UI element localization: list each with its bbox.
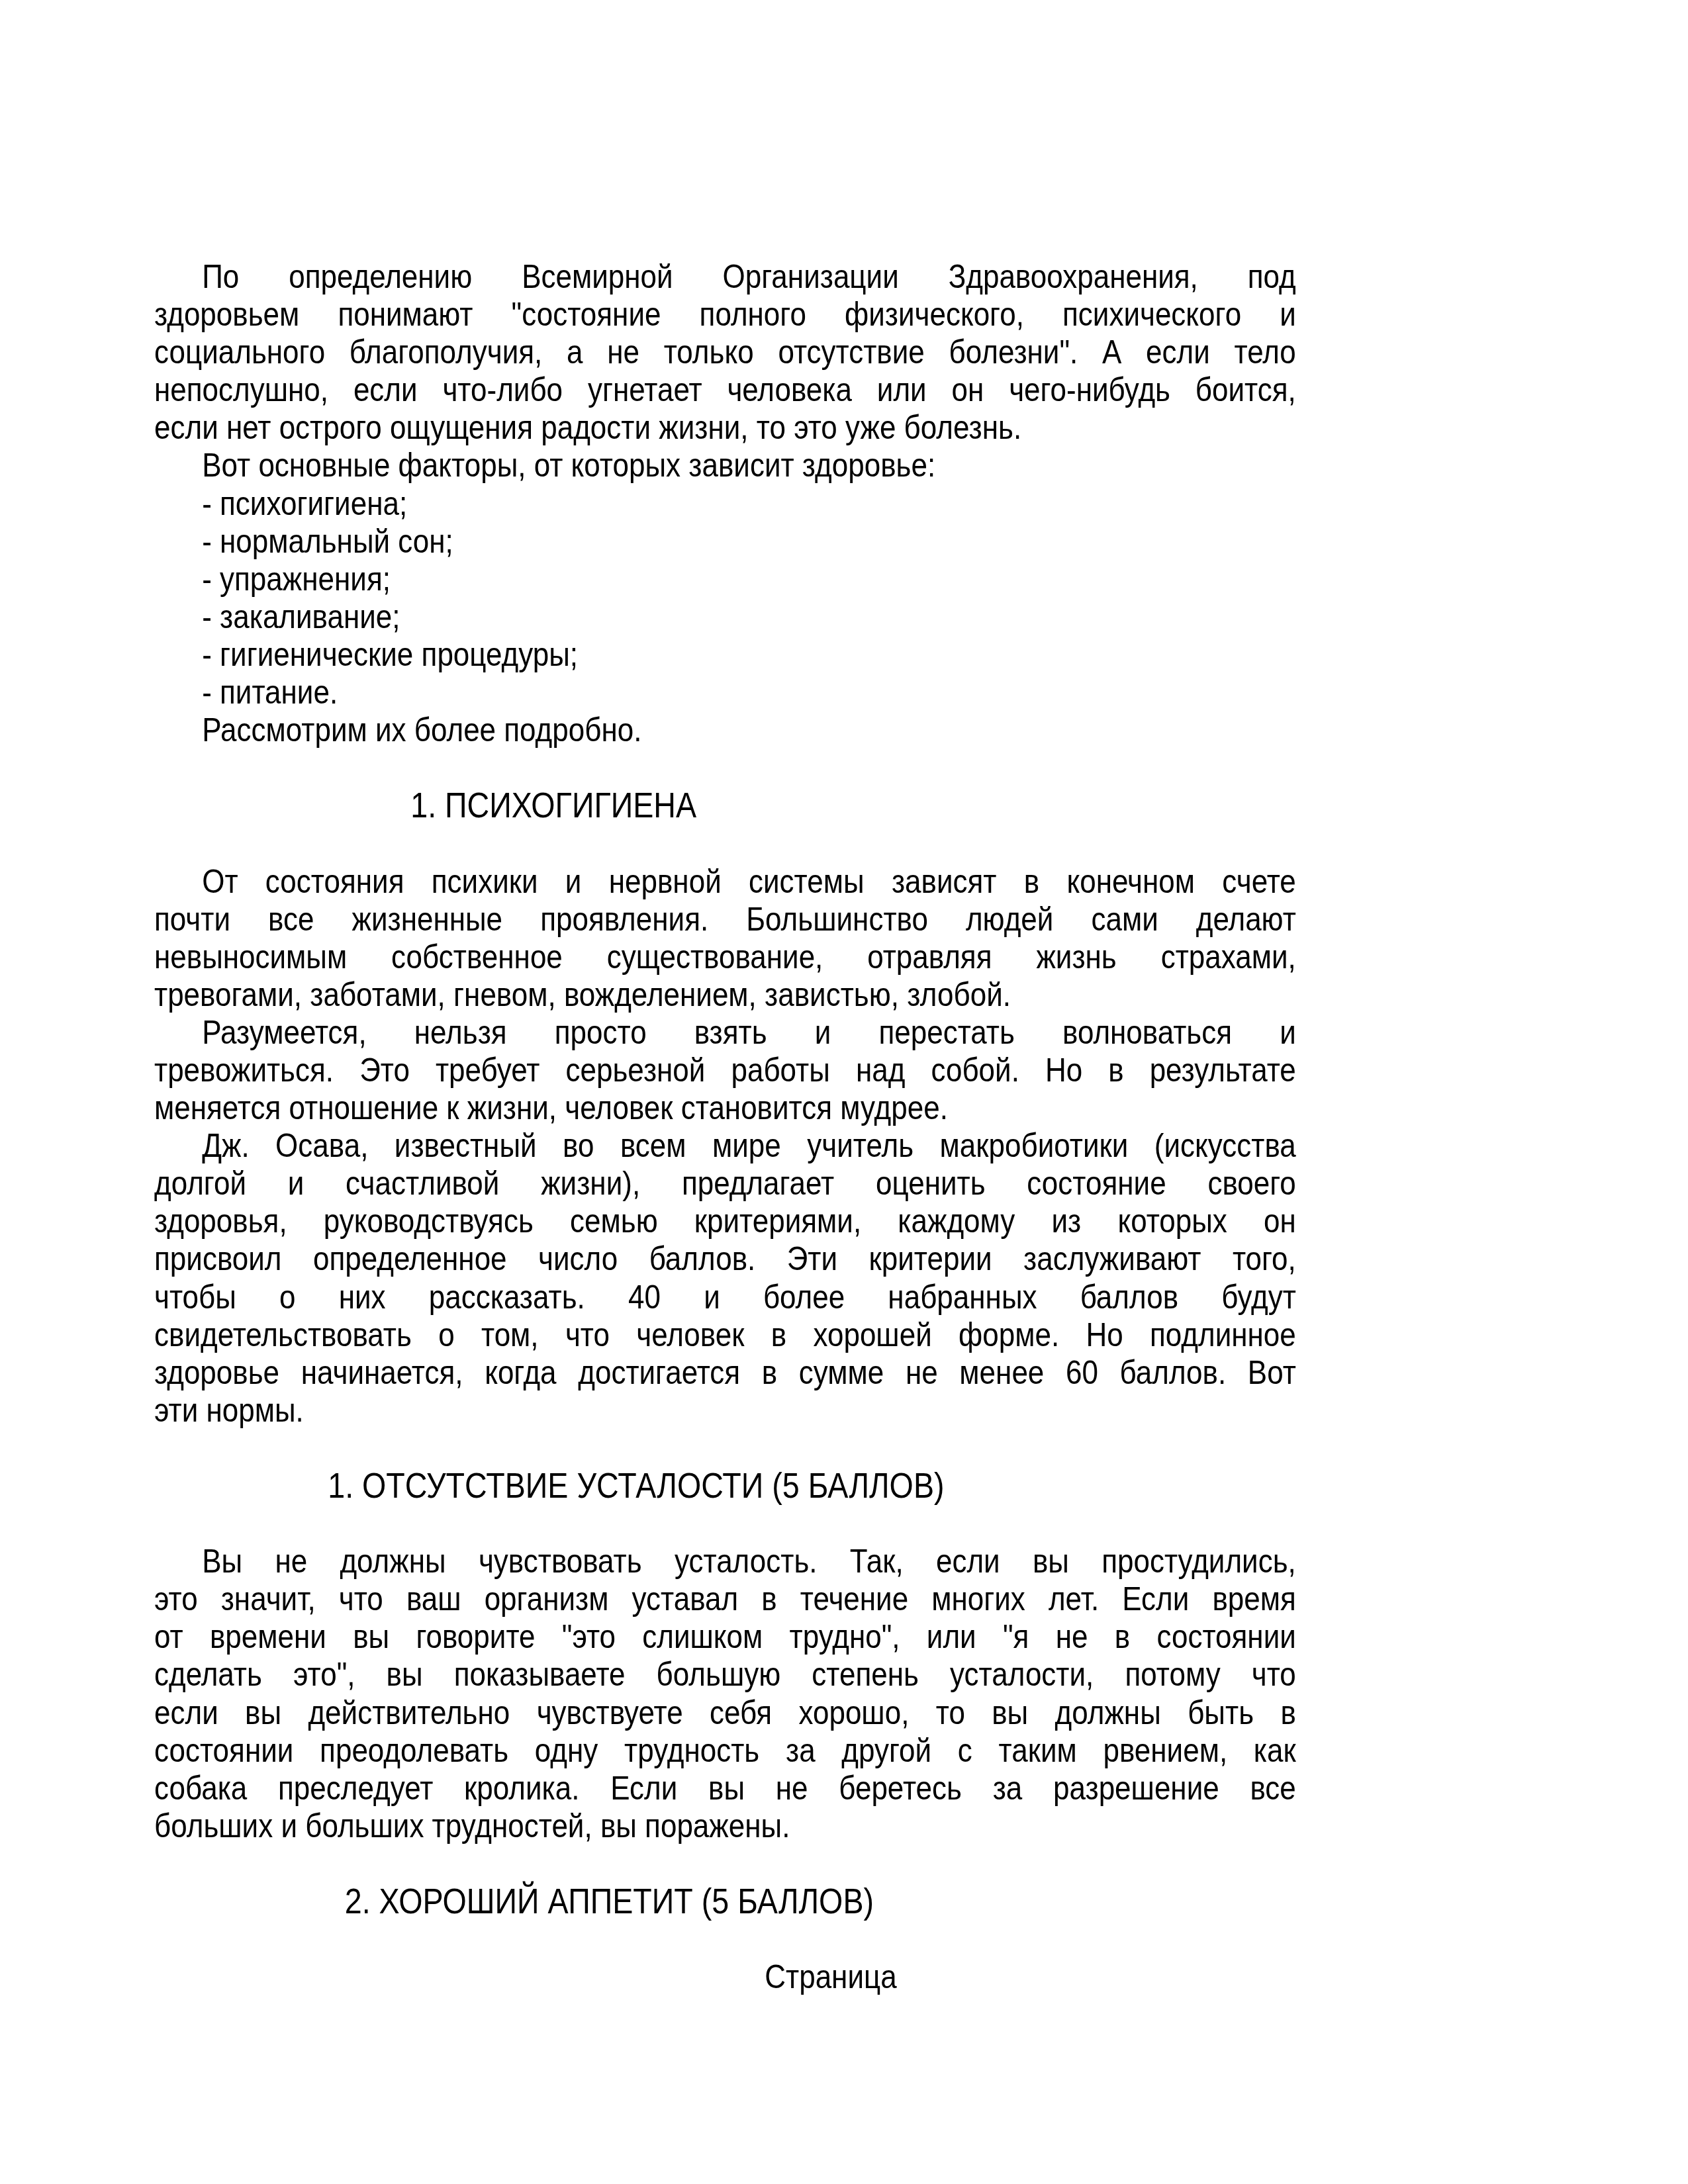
text-line: здоровья, руководствуясь семью критериям… bbox=[154, 1203, 1296, 1240]
section-heading-psychohygiene: 1. ПСИХОГИГИЕНА bbox=[410, 787, 1296, 825]
paragraph-psyche-state: От состояния психики и нервной системы з… bbox=[154, 863, 1296, 1014]
list-item-hardening: - закаливание; bbox=[154, 598, 1296, 636]
text-line: Вы не должны чувствовать усталость. Так,… bbox=[154, 1543, 1296, 1580]
text-line: здоровьем понимают "состояние полного фи… bbox=[154, 296, 1296, 334]
text-line: непослушно, если что-либо угнетает челов… bbox=[154, 371, 1296, 409]
text-line: больших и больших трудностей, вы поражен… bbox=[154, 1807, 1296, 1845]
text-line: если нет острого ощущения радости жизни,… bbox=[154, 409, 1296, 447]
text-line: невыносимым собственное существование, о… bbox=[154, 938, 1296, 976]
text-line: свидетельствовать о том, что человек в х… bbox=[154, 1316, 1296, 1354]
text-line: долгой и счастливой жизни), предлагает о… bbox=[154, 1165, 1296, 1203]
section-heading-no-fatigue: 1. ОТСУТСТВИЕ УСТАЛОСТИ (5 БАЛЛОВ) bbox=[328, 1467, 1296, 1505]
text-line: тревогами, заботами, гневом, вожделением… bbox=[154, 976, 1296, 1014]
text-line: меняется отношение к жизни, человек стан… bbox=[154, 1089, 1296, 1127]
text-line: собака преследует кролика. Если вы не бе… bbox=[154, 1770, 1296, 1807]
blank-line bbox=[154, 749, 1296, 787]
factors-list: - психогигиена; - нормальный сон; - упра… bbox=[154, 485, 1296, 712]
text-line: тревожиться. Это требует серьезной работ… bbox=[154, 1052, 1296, 1089]
text-line: состоянии преодолевать одну трудность за… bbox=[154, 1732, 1296, 1770]
text-line: присвоил определенное число баллов. Эти … bbox=[154, 1240, 1296, 1278]
text-line: чтобы о них рассказать. 40 и более набра… bbox=[154, 1279, 1296, 1316]
document-page: По определению Всемирной Организации Здр… bbox=[0, 0, 1688, 2184]
list-item-hygiene: - гигиенические процедуры; bbox=[154, 636, 1296, 674]
text-line: эти нормы. bbox=[154, 1392, 1296, 1430]
paragraph-factors-intro: Вот основные факторы, от которых зависит… bbox=[154, 447, 1296, 484]
text-line: это значит, что ваш организм уставал в т… bbox=[154, 1580, 1296, 1618]
blank-line bbox=[154, 1921, 1296, 1958]
paragraph-osawa: Дж. Осава, известный во всем мире учител… bbox=[154, 1127, 1296, 1430]
paragraph-consider: Рассмотрим их более подробно. bbox=[154, 711, 1296, 749]
paragraph-who-definition: По определению Всемирной Организации Здр… bbox=[154, 258, 1296, 447]
text-line: Дж. Осава, известный во всем мире учител… bbox=[154, 1127, 1296, 1165]
text-line: почти все жизненные проявления. Большинс… bbox=[154, 901, 1296, 938]
text-line: здоровье начинается, когда достигается в… bbox=[154, 1354, 1296, 1392]
text-line: От состояния психики и нервной системы з… bbox=[154, 863, 1296, 901]
paragraph-fatigue: Вы не должны чувствовать усталость. Так,… bbox=[154, 1543, 1296, 1845]
text-line: Разумеется, нельзя просто взять и перест… bbox=[154, 1014, 1296, 1052]
text-line: от времени вы говорите "это слишком труд… bbox=[154, 1618, 1296, 1656]
blank-line bbox=[154, 825, 1296, 862]
section-heading-good-appetite: 2. ХОРОШИЙ АППЕТИТ (5 БАЛЛОВ) bbox=[345, 1883, 1296, 1921]
blank-line bbox=[154, 1505, 1296, 1543]
list-item-nutrition: - питание. bbox=[154, 674, 1296, 711]
paragraph-stop-worrying: Разумеется, нельзя просто взять и перест… bbox=[154, 1014, 1296, 1127]
list-item-sleep: - нормальный сон; bbox=[154, 523, 1296, 561]
text-line: если вы действительно чувствуете себя хо… bbox=[154, 1694, 1296, 1732]
list-item-psychohygiene: - психогигиена; bbox=[154, 485, 1296, 523]
blank-line bbox=[154, 1430, 1296, 1467]
list-item-exercise: - упражнения; bbox=[154, 561, 1296, 598]
text-line: социального благополучия, а не только от… bbox=[154, 334, 1296, 371]
blank-line bbox=[154, 1845, 1296, 1883]
text-line: По определению Всемирной Организации Здр… bbox=[154, 258, 1296, 296]
text-line: сделать это", вы показываете большую сте… bbox=[154, 1656, 1296, 1694]
text-block: По определению Всемирной Организации Здр… bbox=[154, 258, 1296, 1996]
page-footer-label: Страница bbox=[765, 1958, 1296, 1996]
